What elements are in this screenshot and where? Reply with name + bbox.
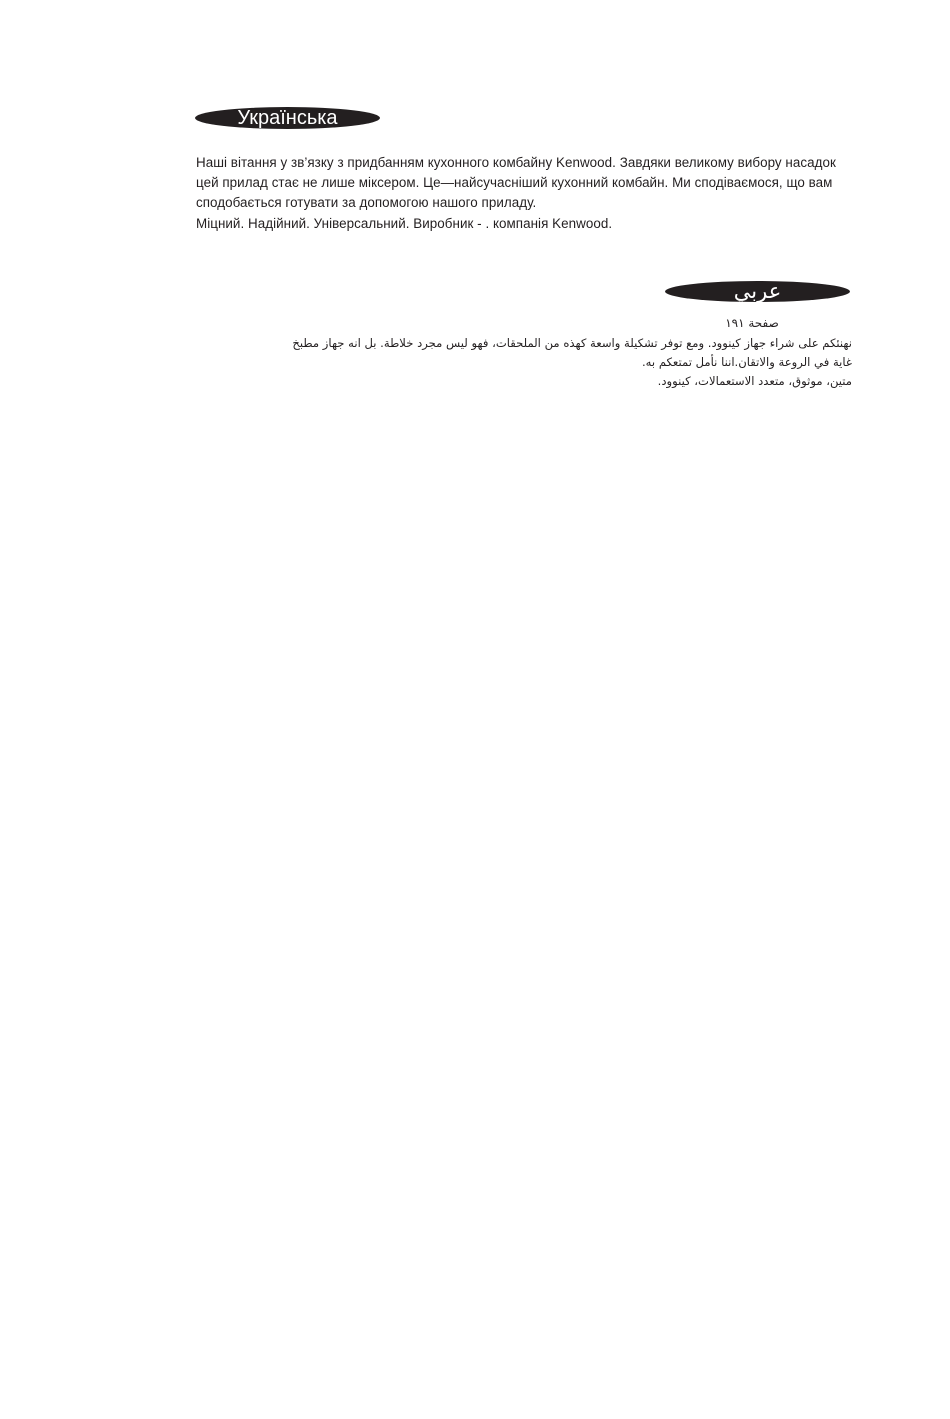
ukrainian-paragraph-intro: Наші вітання у зв’язку з придбанням кухо… (196, 153, 836, 214)
ukrainian-body: Наші вітання у зв’язку з придбанням кухо… (196, 153, 836, 234)
section-heading-ukrainian: Українська (195, 107, 380, 129)
arabic-page-number: ١٩١ (725, 316, 744, 330)
section-heading-arabic: عربي (665, 281, 850, 302)
arabic-body: نهنئكم على شراء جهاز كينوود. ومع توفر تش… (196, 334, 852, 391)
ukrainian-paragraph-slogan: Міцний. Надійний. Універсальний. Виробни… (196, 214, 836, 234)
arabic-line: متين، موثوق، متعدد الاستعمالات، كينوود. (196, 372, 852, 391)
section-heading-ukrainian-label: Українська (237, 108, 337, 128)
arabic-line: نهنئكم على شراء جهاز كينوود. ومع توفر تش… (196, 334, 852, 353)
arabic-line: غاية في الروعة والاتقان.اننا نأمل تمتعكم… (196, 353, 852, 372)
arabic-page-label: صفحة (748, 316, 778, 330)
section-heading-arabic-label: عربي (734, 281, 781, 302)
arabic-page-reference: صفحة ١٩١ (700, 315, 790, 331)
